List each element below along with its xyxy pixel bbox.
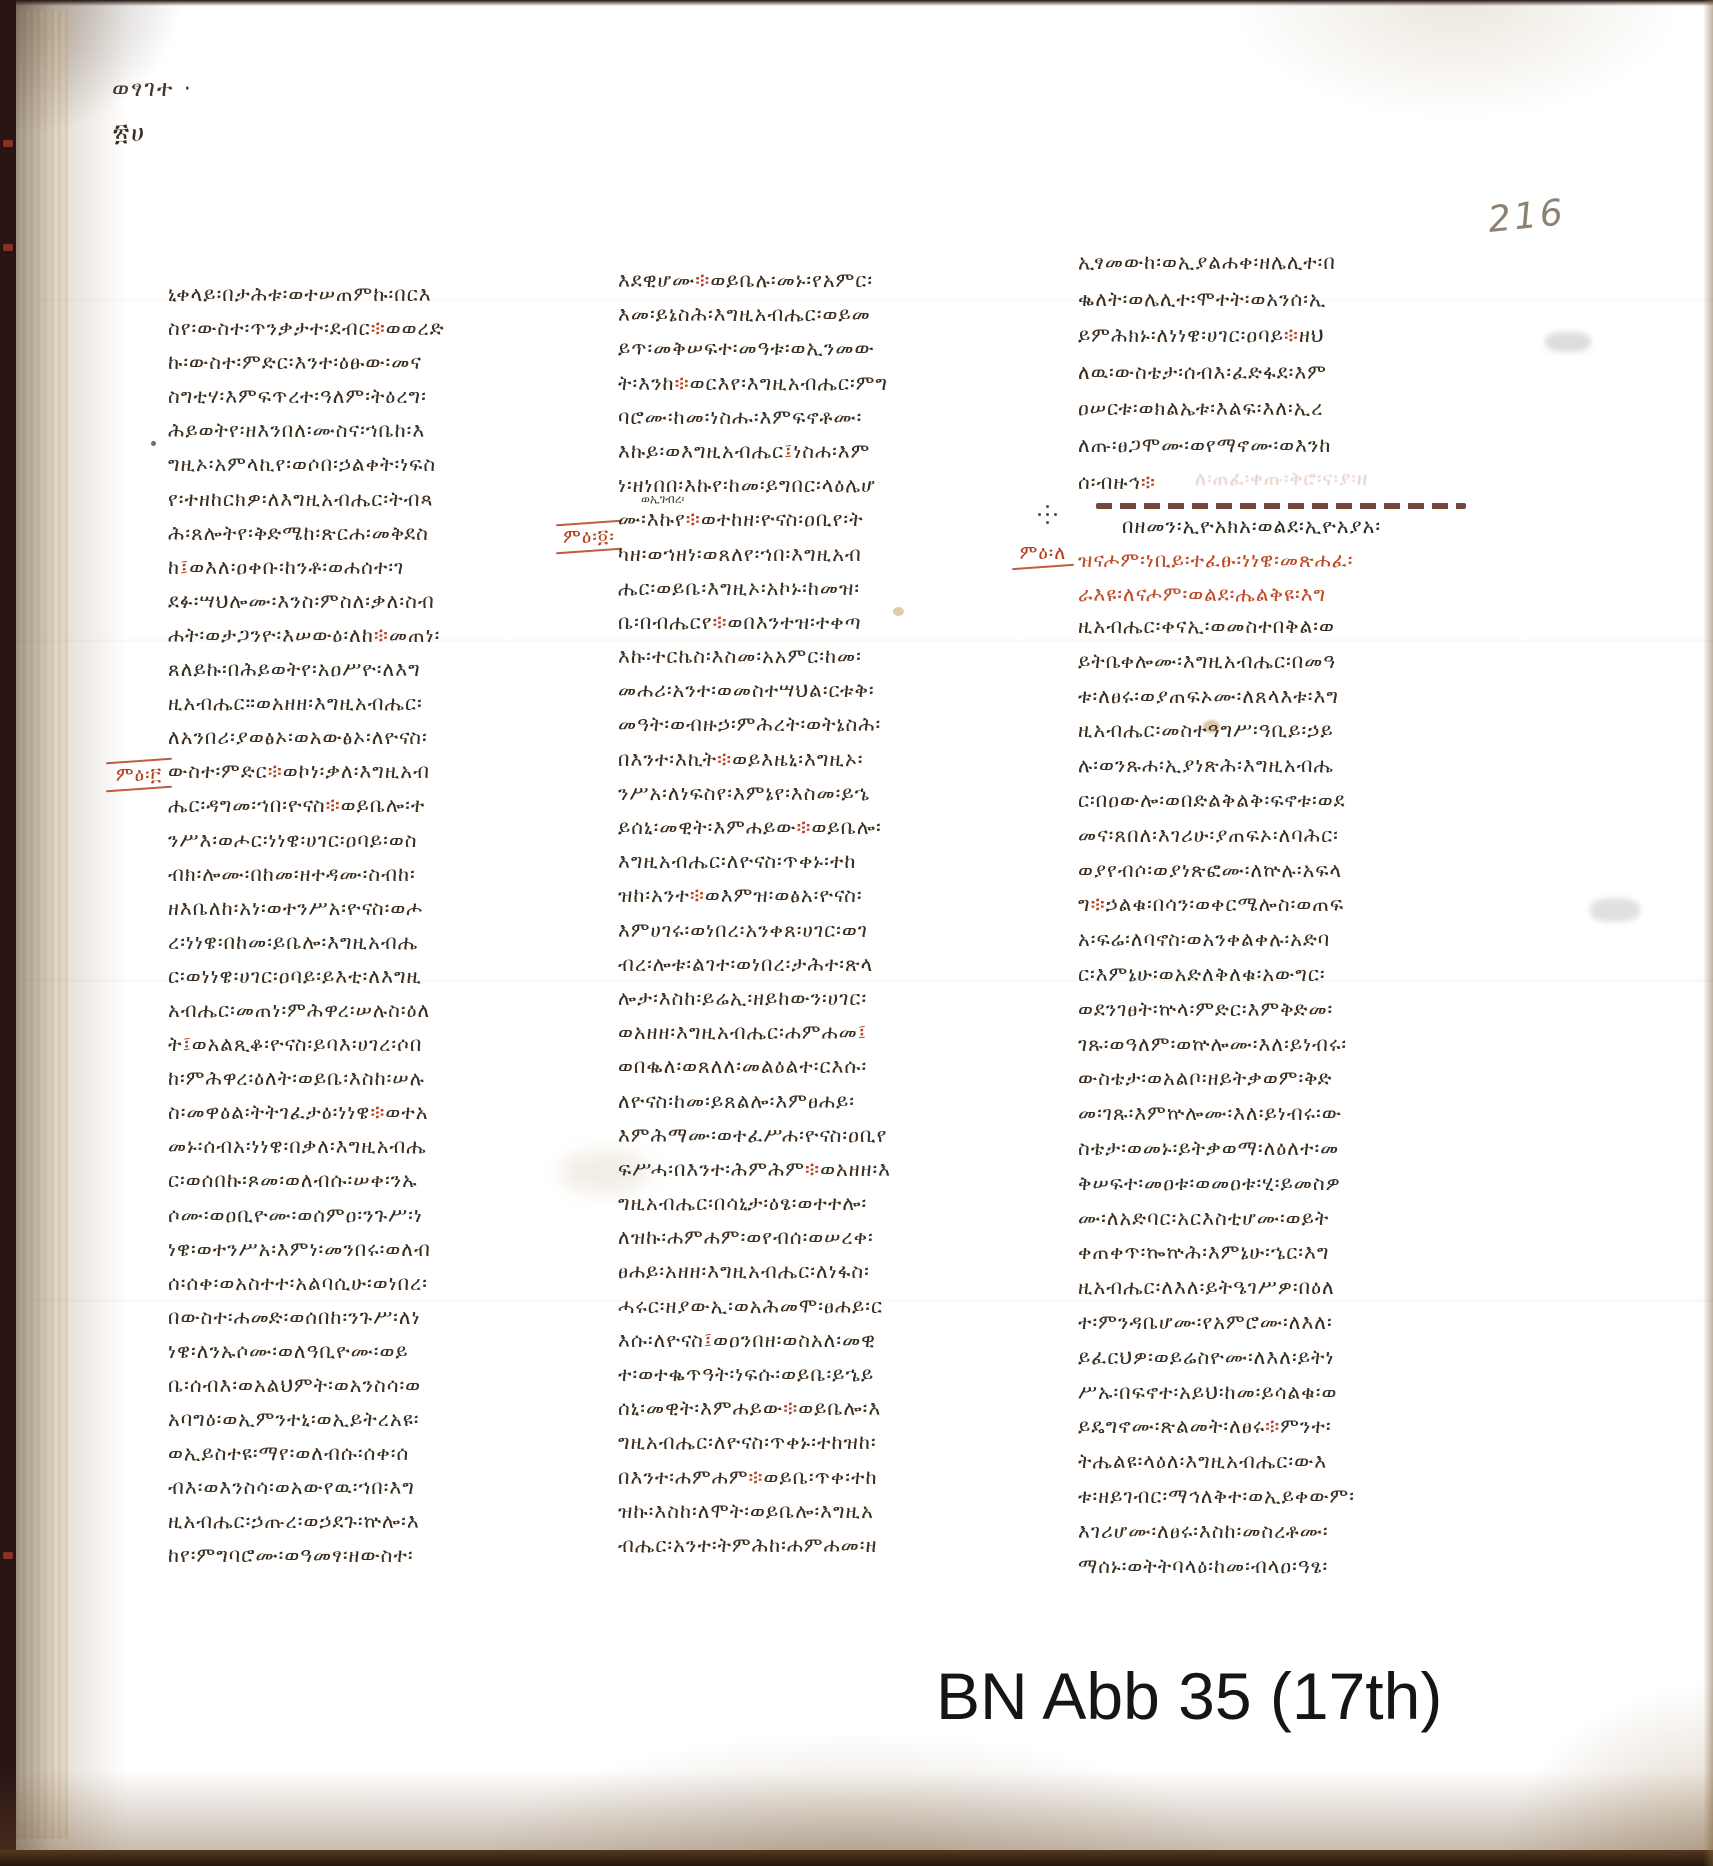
book-binding-edge [0,0,16,1866]
text-line: መዓት፡ወብዙኃ፡ምሕረት፡ወትኔስሕ፡ [618,712,1018,746]
text-line: ስየ፡ውስተ፡ጥንቃታተ፡ደብር፨ወወረድ [168,316,560,350]
text-line: ዚአብሔር።ወአዘዘ፡እግዚአብሔር፡ [168,691,560,725]
folio-number-pencil: 216 [1486,192,1568,241]
red-pause-mark: ፨ [675,371,690,395]
top-left-margin-note: ወፃገተ · [112,76,193,102]
text-line: እግዚአብሔር፡ለዮናስ፡ጥቀኑ፡ተከ [618,849,1018,883]
red-pause-mark: ፨ [326,793,341,817]
text-line: በውስተ፡ሐመድ፡ወሰበከ፡ንጉሥ፡ለነ [168,1305,560,1339]
text-line: ሙ፡ለአድባር፡አርእስቲሆሙ፡ወይት [1078,1206,1463,1241]
text-line: ቅሠፍተ፡መዐቱ፡ወመዐቱ፡ሂ፡ይመስዎ [1078,1171,1463,1206]
text-line: ት፡እንከ፨ወርእየ፡እግዚአብሔር፡ምግ [618,371,1018,405]
text-line: ከ፡ምሕዋረ፡ዕለት፡ወይቤ፡እስከ፡ሠሉ [168,1066,560,1100]
text-line: ኢፃመውከ፡ወኢያልሐቀ፡ዘሌሊተ፡በ [1078,250,1458,287]
text-line: ብሔር፡አንተ፡ትምሕከ፡ሐምሐመ፡ዘ [618,1533,1018,1567]
text-line: ሙ፡እኩየ፨ወተከዘ፡ዮናስ፡ዐቢየ፡ት [618,507,1018,541]
red-pause-mark: ፨ [1091,892,1106,916]
text-line: ሓሩር፡ዘያውኢ፡ወአሕመሞ፡ፀሐይ፡ር [618,1294,1018,1328]
text-line: ወደንገፀት፡ኵላ፡ምድር፡እምቅድመ፡ [1078,997,1463,1032]
manuscript-page-photo: ወፃገተ · ፳ሀ 216 ምዕ፡፫ ምዕ፡፬፡ ምዕ፡ለ ወኢገብረ፡ ኒቀላ… [0,0,1713,1866]
binding-stitch [3,244,13,251]
red-pause-mark: ፨ [686,507,701,531]
red-pause-mark: ፨ [690,883,705,907]
text-line: ር፡ወሰበኩ፡ጾመ፡ወለብሱ፡ሠቀ፡ንኡ [168,1168,560,1202]
red-pause-mark: ፨ [805,1157,820,1181]
text-line: ይሰኒ፡መዊት፡እምሐይው፨ወይቤሎ፡ [618,815,1018,849]
text-line: ወያየብሶ፡ወያነጽፎሙ፡ለኵሉ፡አፍላ [1078,858,1463,893]
text-line: እሱ፡ለዮናስ፤ወዐንበዘ፡ወስአለ፡መዊ [618,1328,1018,1362]
text-line: የ፡ተዘከርክዎ፡ለእግዚአብሔር፡ትብጻ [168,487,560,521]
text-line: ይትቤቀሎሙ፡እግዚአብሔር፡በመዓ [1078,649,1463,684]
text-line: ዝኩ፡እስከ፡ለሞት፡ወይቤሎ፡እግዚአ [618,1499,1018,1533]
text-line: ፍሥሓ፡በእንተ፡ሕምሕም፨ወአዘዘ፡እ [618,1157,1018,1191]
chapter-mark-col3: ምዕ፡ለ [1012,542,1074,568]
text-line: ዘእቤለከ፡አነ፡ወተንሥአ፡ዮናስ፡ወሖ [168,896,560,930]
text-line: ከ፤ወእለ፡ዐቀቡ፡ከንቶ፡ወሐሰተ፡ገ [168,555,560,589]
section-header-line: በዘመን፡ኢዮአክአ፡ወልደ፡ኢዮአያአ፡ [1122,514,1381,538]
text-line: ትሔልዩ፡ላዕለ፡እግዚአብሔር፡ውእ [1078,1449,1463,1484]
text-line: ሰኒ፡መዊት፡እምሐይው፨ወይቤሎ፡እ [618,1396,1018,1430]
top-left-margin-number: ፳ሀ [113,118,146,148]
page-bottom-shadow [0,1770,1713,1850]
text-line: ደፉ፡ሣህሎሙ፡እንስ፡ምስለ፡ቃለ፡ስብ [168,589,560,623]
text-line: እገሪሆሙ፡ለፀሩ፡እስከ፡መስረቶሙ፡ [1078,1519,1463,1554]
page-right-edge [1703,0,1713,1866]
chapter-mark-label: ምዕ፡ለ [1020,542,1067,564]
text-line: ብእ፡ወእንስሳ፡ወአውየዉ፡ኀበ፡እግ [168,1475,560,1509]
text-line: ር፡በዐውሎ፡ወበድልቅልቅ፡ፍኖቱ፡ወደ [1078,788,1463,823]
text-line: ቀጠቀጥ፡ኰኵሕ፡እምኔሁ፡ኄር፡እግ [1078,1240,1463,1275]
text-line: ስቴታ፡ወመኑ፡ይትቃወማ፡ለዕለተ፡መ [1078,1136,1463,1171]
erased-faded-text: ለ፡ጠፈ፡ቀጡ፡ቅሮ፡ና፡ያ፡ዘ [1195,468,1368,490]
text-line: ነ፡ዘነበበ፡እኩየ፡ከመ፡ይግበር፡ላዕሌሆ [618,473,1018,507]
text-line: ሥኡ፡በፍኖተ፡አይህ፡ከመ፡ይሳልቁ፡ወ [1078,1380,1463,1415]
text-line: ብክ፡ሎሙ፡በከመ፡ዘተዳሙ፡ስብከ፡ [168,862,560,896]
text-line: ሕይወትየ፡ዘእንበለ፡ሙስና፡ኀቤከ፡እ [168,418,560,452]
chapter-mark-label: ምዕ፡፫ [116,764,162,786]
text-line: ቈለት፡ወሌሊተ፡ሞተት፡ወአንሰ፡ኢ [1078,287,1458,324]
red-pause-mark: ፤ [858,1020,867,1044]
text-line: ሉ፡ወንጹሐ፡ኢያነጽሕ፡እግዚአብሔ [1078,753,1463,788]
red-pause-mark: ፨ [371,316,386,340]
text-line: ንሥእ፡ወሖር፡ነነዌ፡ሀገር፡ዐባይ፡ወስ [168,828,560,862]
text-line: በእንተ፡እኪት፨ወይእዜኒ፡እግዚኦ፡ [618,747,1018,781]
gutter-shadow [16,0,126,1866]
text-line: ቤ፡ሰብእ፡ወአልህምት፡ወአንስሳ፡ወ [168,1373,560,1407]
text-line: ሔር፡ዳግመ፡ኀበ፡ዮናስ፨ወይቤሎ፡ተ [168,793,560,827]
text-line: ማሰኑ፡ወትትባላዕ፡ከመ፡ብላዐ፡ዓፄ፡ [1078,1554,1463,1589]
text-line: መሐሪ፡አንተ፡ወመስተሣህል፡ርቱቅ፡ [618,678,1018,712]
text-line: ለዮናስ፡ከመ፡ይጸልሎ፡እምፀሐይ፡ [618,1089,1018,1123]
red-pause-mark: ፨ [1265,1414,1280,1438]
text-line: ከየ፡ምግባሮሙ፡ወዓመፃ፡ዘውስተ፡ [168,1543,560,1577]
text-line: ውስተ፡ምድር፨ወኮነ፡ቃለ፡እግዚአብ [168,759,560,793]
text-line: ር፡እምኔሁ፡ወአድለቅለቁ፡አውግር፡ [1078,962,1463,997]
page-bottom-edge [0,1850,1713,1866]
text-line: ለዝኩ፡ሐምሐም፡ወየብሰ፡ወሠረቀ፡ [618,1225,1018,1259]
chapter-mark-col1: ምዕ፡፫ [106,760,172,790]
text-line: ተ፡ምንዳቤሆሙ፡የአምሮሙ፡ለእለ፡ [1078,1310,1463,1345]
text-line: ት፤ወአልጺቆ፡ዮናስ፡ይባእ፡ሀገረ፡ሶበ [168,1032,560,1066]
text-line: በእንተ፡ሐምሐም፨ወይቤ፡ጥቀ፡ተከ [618,1465,1018,1499]
red-pause-mark: ፨ [268,759,283,783]
red-pause-mark: ፨ [796,815,811,839]
text-line: ዚአብሔር፡ኃጡረ፡ወኃደጉ፡ኵሎ፡እ [168,1509,560,1543]
text-line: ግዚአብሔር፡ለዮናስ፡ጥቀኑ፡ተከዝከ፡ [618,1430,1018,1464]
red-pause-mark: ፤ [180,555,189,579]
text-column-3-rubric: ዝናሖም፡ነቢይ፡ተፈፁ፡ነነዌ፡መጽሐፈ፡ራእዩ፡ለናሖም፡ወልደ፡ሔልቅዩ፡… [1078,548,1468,616]
text-line: ሔር፡ወይቤ፡እግዚኦ፡አኮኑ፡ከመዝ፡ [618,576,1018,610]
red-pause-mark: ፨ [1141,470,1156,494]
text-line: ስ፡መዋዕል፡ትትገፈታዕ፡ነነዌ፨ወተአ [168,1100,560,1134]
text-line: ዚአብሔር፡ለእለ፡ይትዔገሥዎ፡በዕለ [1078,1275,1463,1310]
shelfmark-caption: BN Abb 35 (17th) [936,1658,1442,1734]
text-line: ፀሐይ፡አዘዘ፡እግዚአብሔር፡ለነፋስ፡ [618,1259,1018,1293]
text-line: መኑ፡ሰብአ፡ነነዌ፡በቃለ፡እግዚአብሔ [168,1134,560,1168]
text-line: ለዉ፡ውስቴታ፡ሰብእ፡ፈድፋደ፡እም [1078,360,1458,397]
text-line: እኩ፡ተርኬስ፡እስመ፡አአምር፡ከመ፡ [618,644,1018,678]
binding-stitch [3,1552,13,1559]
text-line: ግ፨ኃልቁ፡በሳን፡ወቀርሜሎስ፡ወጠፍ [1078,892,1463,927]
text-line: ኒቀላይ፡በታሕቱ፡ወተሠጠምኩ፡በርእ [168,282,560,316]
text-line: ገጹ፡ወዓለም፡ወኵሎሙ፡እለ፡ይነብሩ፡ [1078,1032,1463,1067]
text-line: ሐት፡ወታጋንዮ፡እሠውዕ፡ለከ፨መጠነ፡ [168,623,560,657]
binding-stitch [3,140,13,147]
red-pause-mark: ፨ [695,268,710,292]
text-line: እኩይ፡ወእግዚአብሔር፤ነስሐ፡እም [618,439,1018,473]
text-line: ቱ፡ለፀሩ፡ወያጠፍኦሙ፡ለጸላእቱ፡እግ [1078,684,1463,719]
text-line: ወአዘዘ፡እግዚአብሔር፡ሐምሐመ፤ [618,1020,1018,1054]
red-pause-mark: ፤ [183,1032,192,1056]
text-line: ይጥ፡መቅሠፍተ፡መዓቱ፡ወኢንመው [618,336,1018,370]
page-top-edge [0,0,1713,6]
text-line: እደዊሆሙ፨ወይቤሉ፡መኑ፡የአምር፡ [618,268,1018,302]
text-line: ቤ፡በብሔርየ፨ወበእንተዝ፡ተቀጣ [618,610,1018,644]
red-pause-mark: ፤ [704,1328,713,1352]
text-column-1: ኒቀላይ፡በታሕቱ፡ወተሠጠምኩ፡በርእስየ፡ውስተ፡ጥንቃታተ፡ደብር፨ወወረ… [168,282,560,1578]
text-line: መና፡ጸበለ፡እገሪሁ፡ያጠፍኦ፡ለባሕር፡ [1078,823,1463,858]
red-pause-mark: ፨ [783,1396,798,1420]
text-line: መ፡ገጹ፡እምኵሎሙ፡እለ፡ይነብሩ፡ው [1078,1101,1463,1136]
text-line: ብረ፡ሎቱ፡ልገተ፡ወነበረ፡ታሕተ፡ጽላ [618,952,1018,986]
dashed-rule [1096,503,1466,509]
text-line: ሕ፡ጸሎትየ፡ቅድሜከ፡ጽርሐ፡መቅደስ [168,521,560,555]
red-pause-mark: ፨ [370,1100,385,1124]
text-line: ባሮሙ፡ከመ፡ነስሑ፡እምፍኖቶሙ፡ [618,405,1018,439]
pencil-smudge [1545,332,1591,352]
text-line: ግዚኦ፡አምላኪየ፡ወሶበ፡ኃልቀት፡ነፍስ [168,452,560,486]
text-line: ቱ፡ዘይገብር፡ማኅለቅተ፡ወኢይቀውም፡ [1078,1484,1463,1519]
text-line: ውስቴታ፡ወአልቦ፡ዘይትቃወም፡ቅድ [1078,1066,1463,1101]
text-line: ረ፡ነነዌ፡በከመ፡ይቤሎ፡እግዚአብሔ [168,930,560,964]
text-line: ወኢይስተዩ፡ማየ፡ወለብሱ፡ሰቀ፡ሰ [168,1441,560,1475]
text-line: ይዴግኖሙ፡ጽልመት፡ለፀሩ፨ምንተ፡ [1078,1414,1463,1449]
text-line: ሎታ፡እስከ፡ይሬኢ፡ዘይከውን፡ሀገር፡ [618,986,1018,1020]
text-line: ይምሕክኑ፡ለነነዌ፡ሀገር፡ዐባይ፨ዘህ [1078,323,1458,360]
margin-dots-mark [1038,505,1058,525]
text-line: ዐሠርቱ፡ወክልኤቱ፡እልፍ፡እለ፡ኢረ [1078,396,1458,433]
ink-dot [151,441,156,446]
text-line: ለጡ፡ፀጋሞሙ፡ወየማኖሙ፡ወእንከ [1078,433,1458,470]
text-line: ዝከ፡አንተ፨ወእምዝ፡ወፅአ፡ዮናስ፡ [618,883,1018,917]
text-line: እመ፡ይኔስሕ፡እግዚአብሔር፡ወይመ [618,302,1018,336]
red-pause-mark: ፤ [784,439,793,463]
text-line: እምሕማሙ፡ወተፈሥሐ፡ዮናስ፡ዐቢየ [618,1123,1018,1157]
red-pause-mark: ፨ [1284,323,1299,347]
text-column-2: እደዊሆሙ፨ወይቤሉ፡መኑ፡የአምር፡እመ፡ይኔስሕ፡እግዚአብሔር፡ወይመይጥ… [618,268,1018,1567]
text-line: እምሀገሩ፡ወነበረ፡አንቀጸ፡ሀገር፡ወገ [618,918,1018,952]
text-line: ሰ፡ሰቀ፡ወአስተተ፡አልባሲሁ፡ወነበረ፡ [168,1271,560,1305]
text-line: ሶሙ፡ወዐቢዮሙ፡ወሰምዐ፡ንጉሥ፡ነ [168,1203,560,1237]
text-line: ር፡ወነነዌ፡ሀገር፡ዐባይ፡ይእቲ፡ለእግዚ [168,964,560,998]
red-pause-mark: ፨ [717,747,732,771]
chapter-mark-col2: ምዕ፡፬፡ [556,522,622,552]
text-line: ኩ፡ውስተ፡ምድር፡እንተ፡ዕፁው፡መና [168,350,560,384]
chapter-mark-label: ምዕ፡፬፡ [563,526,615,548]
text-line: ስግቲሃ፡እምፍጥረተ፡ዓለም፡ትዕረግ፡ [168,384,560,418]
red-pause-mark: ፨ [374,623,389,647]
text-line: ዚአብሔር፡ቀናኢ፡ወመስተበቅል፡ወ [1078,614,1463,649]
text-line: ዚአብሔር፡መስተዓግሥ፡ዓቢይ፡ኃይ [1078,718,1463,753]
text-line: አ፡ፍሬ፡ለባኖስ፡ወአንቀልቀሉ፡አድባ [1078,927,1463,962]
red-pause-mark: ፨ [712,610,727,634]
text-line: ንሥአ፡ለነፍስየ፡እምኔየ፡እስመ፡ይኄ [618,781,1018,815]
text-line: ተ፡ወተቈጥዓት፡ነፍሱ፡ወይቤ፡ይኄይ [618,1362,1018,1396]
text-column-3-body: ዚአብሔር፡ቀናኢ፡ወመስተበቅል፡ወይትቤቀሎሙ፡እግዚአብሔር፡በመዓቱ፡ለ… [1078,614,1463,1588]
text-line: ጸለይኩ፡በሕይወትየ፡አዐሥዮ፡ለእግ [168,657,560,691]
text-line: ለአንበሪ፡ያወፅኦ፡ወአውፅኦ፡ለዮናስ፡ [168,725,560,759]
text-line: ነዌ፡ለንኡሶሙ፡ወለዓቢዮሙ፡ወይ [168,1339,560,1373]
text-line: ነዌ፡ወተንሥአ፡እምነ፡መንበሩ፡ወለብ [168,1237,560,1271]
text-line: ይፈርህዎ፡ወይሬስዮሙ፡ለእለ፡ይትነ [1078,1345,1463,1380]
red-pause-mark: ፨ [749,1465,764,1489]
text-line: ግዚአብሔር፡በሳኒታ፡ዕፄ፡ወተተሎ፡ [618,1191,1018,1225]
pencil-smudge [1590,898,1640,922]
text-line: ካዘ፡ወኀዘነ፡ወጸለየ፡ኀበ፡እግዚአብ [618,542,1018,576]
text-line: ዝናሖም፡ነቢይ፡ተፈፁ፡ነነዌ፡መጽሐፈ፡ [1078,548,1468,582]
text-line: ራእዩ፡ለናሖም፡ወልደ፡ሔልቅዩ፡እግ [1078,582,1468,616]
text-line: አባግዕ፡ወኢምንተኒ፡ወኢይትረአዩ፡ [168,1407,560,1441]
text-line: አብሔር፡መጠነ፡ምሕዋረ፡ሠሉስ፡ዕለ [168,998,560,1032]
text-line: ወበቈለ፡ወጸለለ፡መልዕልተ፡ርእሱ፡ [618,1054,1018,1088]
